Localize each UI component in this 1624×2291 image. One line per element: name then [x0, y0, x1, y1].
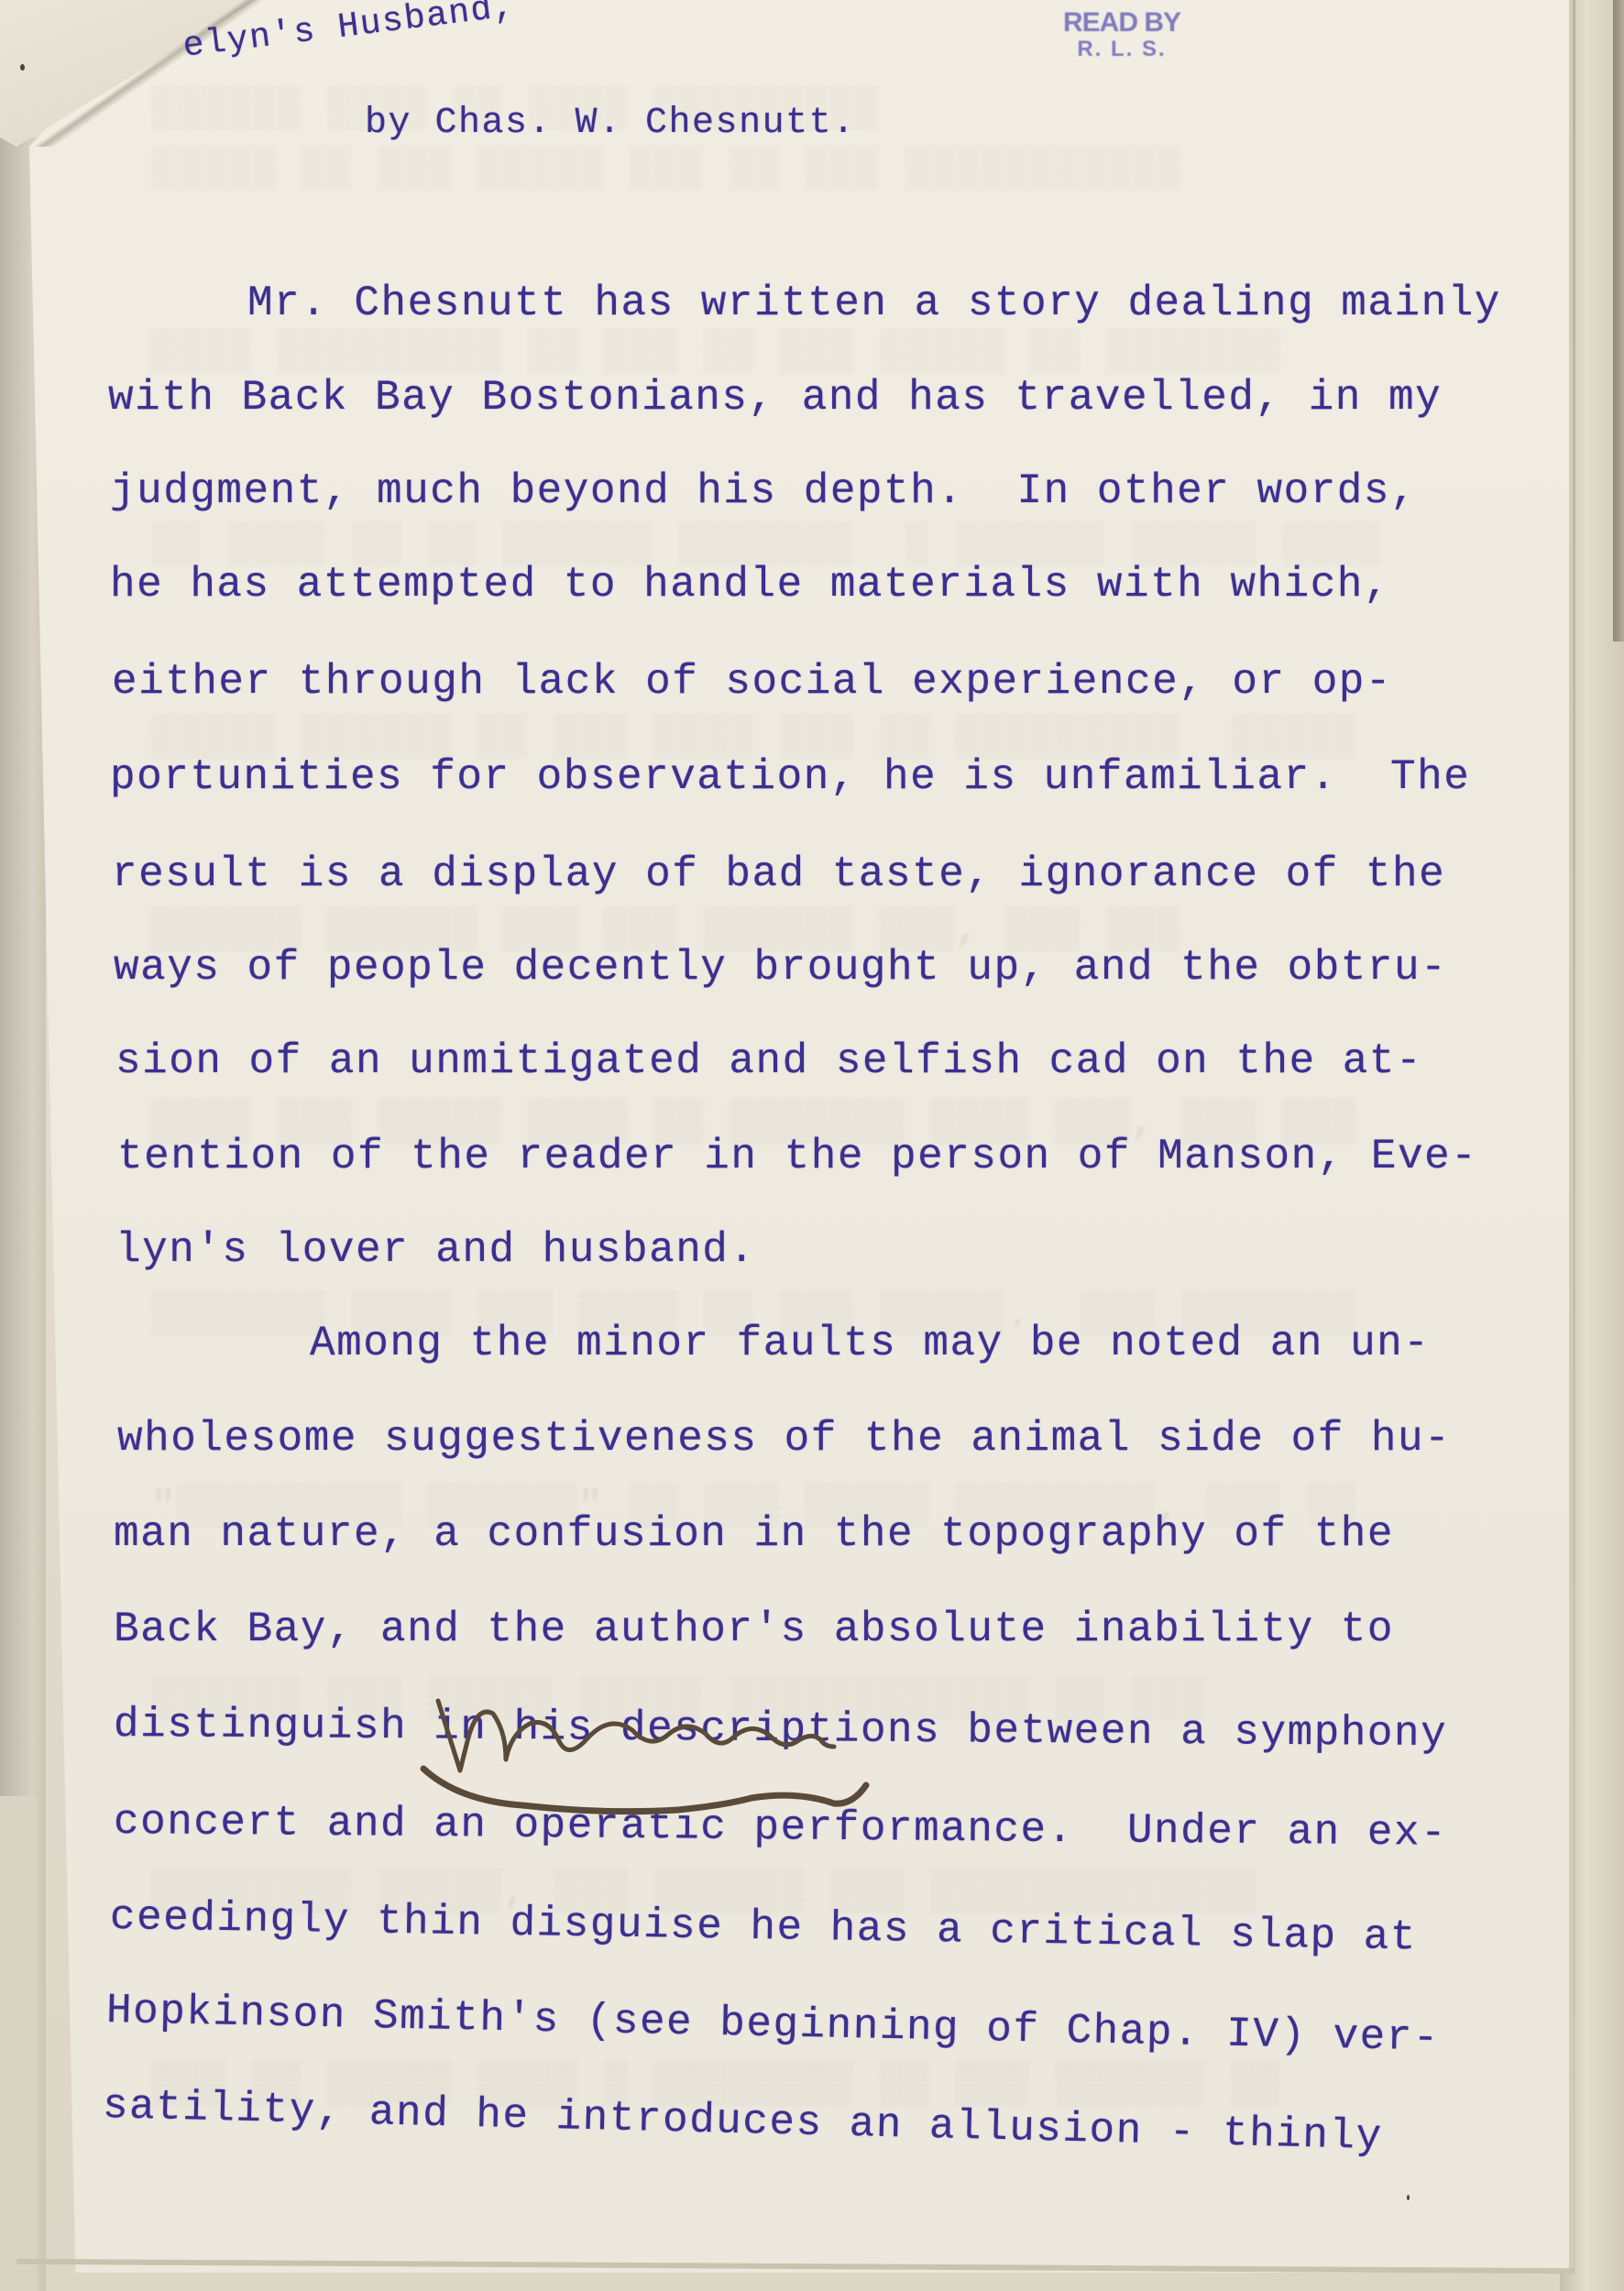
text-line: judgment, much beyond his depth. In othe…: [110, 467, 1417, 515]
text-line: either through lack of social experience…: [112, 658, 1392, 706]
text-line: lyn's lover and husband.: [115, 1226, 756, 1274]
author-byline: by Chas. W. Chesnutt.: [365, 103, 856, 144]
text-line: portunities for observation, he is unfam…: [110, 753, 1470, 801]
text-line: sion of an unmitigated and selfish cad o…: [115, 1037, 1422, 1085]
text-line: result is a display of bad taste, ignora…: [112, 850, 1445, 898]
text-line: Mr. Chesnutt has written a story dealing…: [247, 280, 1501, 327]
bleed-through-text: ▒▒▒▒ ▒▒▒▒▒▒▒▒▒ ▒▒ ▒▒▒ ▒▒ ▒▒▒ ▒▒▒▒▒ ▒▒ ▒▒…: [151, 330, 1281, 376]
stamp-top-text: READ BY: [1063, 7, 1180, 38]
sheet-right-edge: [1573, 0, 1575, 2273]
text-line: tention of the reader in the person of M…: [117, 1133, 1477, 1180]
right-shadow: [1613, 0, 1624, 641]
read-by-stamp: READ BY R. L. S.: [1063, 7, 1180, 61]
text-line: man nature, a confusion in the topograph…: [114, 1510, 1394, 1558]
text-line: Back Bay, and the author's absolute inab…: [114, 1606, 1394, 1653]
text-line: ways of people decently brought up, and …: [114, 944, 1447, 992]
text-line: he has attempted to handle materials wit…: [110, 561, 1390, 608]
paper-speck: [1407, 2195, 1410, 2200]
text-line: Among the minor faults may be noted an u…: [310, 1320, 1430, 1367]
handwritten-strikethrough: [403, 1677, 1026, 1824]
stamp-initials: R. L. S.: [1063, 38, 1180, 61]
paper-speck: [20, 64, 25, 71]
text-line: wholesome suggestiveness of the animal s…: [117, 1415, 1451, 1463]
bleed-through-text: ▒▒▒▒▒ ▒▒ ▒▒▒ ▒▒▒▒▒ ▒▒▒ ▒▒ ▒▒▒ ▒▒▒▒▒▒▒▒▒▒…: [151, 147, 1181, 192]
text-line: with Back Bay Bostonians, and has travel…: [108, 374, 1442, 422]
left-page-edge-lower: [0, 1796, 37, 2291]
